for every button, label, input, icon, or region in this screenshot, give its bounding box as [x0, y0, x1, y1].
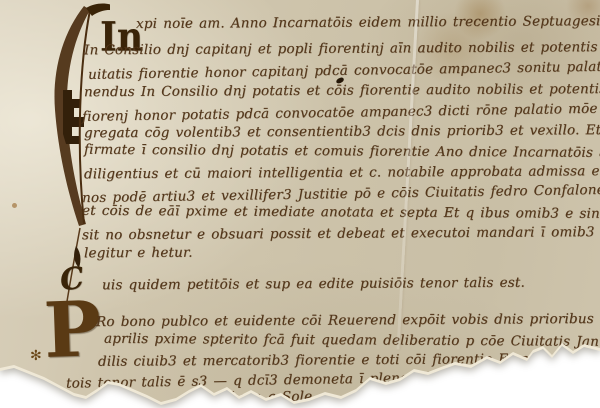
manuscript-line: nendus In Consilio dnj potatis et cōis f…	[84, 80, 600, 101]
manuscript-line: Ro bono publco et euidente cōi Reuerend …	[96, 310, 600, 330]
manuscript-line: xpi noīe am. Anno Incarnatōis eidem mill…	[136, 12, 600, 32]
manuscript-line: diligentius et cū maiori intelligentia e…	[84, 162, 600, 183]
illuminated-initial-p: P	[43, 291, 103, 369]
manuscript-line: aprilis pxime spterito fcā fuit quedam d…	[104, 331, 600, 352]
manuscript-line: fiorenj honor potatis pdcā convocatōe am…	[82, 97, 600, 125]
torn-sheet: In C P ✻ xpi noīe am. Anno Incarnatōis e…	[0, 0, 600, 408]
manuscript-line: In Consilio dnj capitanj et popli fioren…	[84, 38, 600, 59]
manuscript-line: nos podē artiu3 et vexillifer3 Justitie …	[82, 178, 600, 206]
manuscript-line: dilis ciuib3 et mercatorib3 fiorentie e …	[98, 350, 600, 370]
manuscript-line: legitur e hetur.	[84, 245, 193, 262]
manuscript-line: firmate ī consilio dnj potatis et comuis…	[84, 142, 600, 163]
manuscript-line: sit no obsnetur e obsuari possit et debe…	[82, 223, 600, 244]
manuscript-line: gregata cōg volentib3 et consentientib3 …	[84, 121, 600, 142]
parchment-page: In C P ✻ xpi noīe am. Anno Incarnatōis e…	[0, 0, 600, 408]
manuscript-line: et cōis de eāī pxime et imediate anotata…	[82, 203, 600, 224]
star-flourish-icon: ✻	[30, 348, 42, 364]
foxing-spot	[12, 203, 17, 208]
manuscript-line: uis quidem petitōis et sup ea edite puis…	[102, 275, 525, 294]
manuscript-photo: In C P ✻ xpi noīe am. Anno Incarnatōis e…	[0, 0, 600, 408]
